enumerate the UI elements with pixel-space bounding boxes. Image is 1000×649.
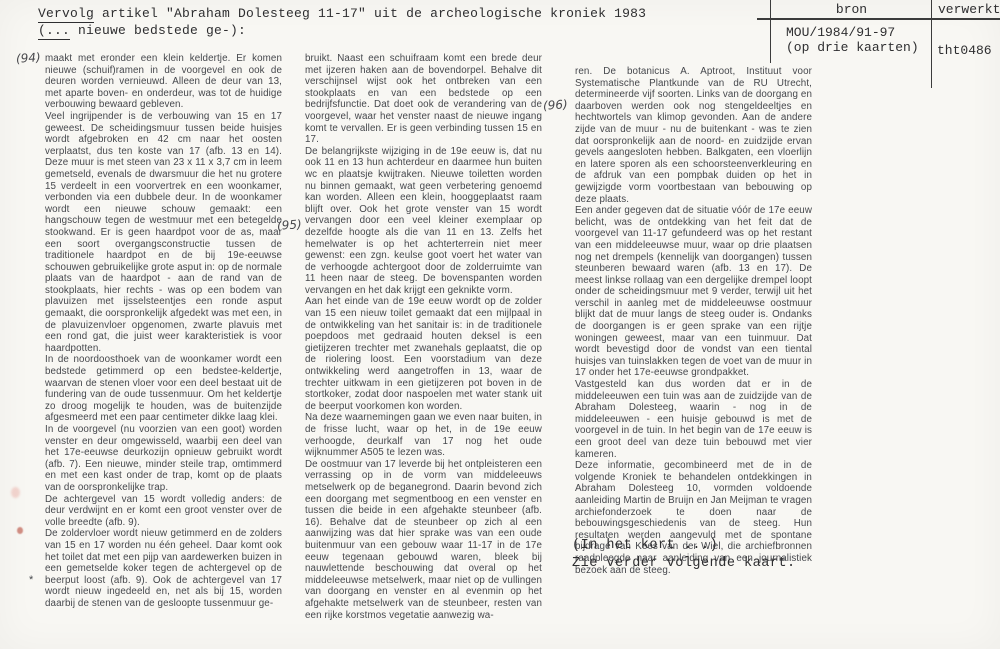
header-line-2: (... nieuwe bedstede ge-):: [38, 22, 646, 39]
scan-stain: [11, 487, 20, 498]
margin-note-96: (96): [543, 97, 569, 113]
header-line-1: Vervolg artikel "Abraham Dolesteeg 11-17…: [38, 5, 646, 22]
scanned-archive-card: Vervolg artikel "Abraham Dolesteeg 11-17…: [0, 0, 1000, 649]
header-underlined-word: Vervolg: [38, 6, 94, 23]
header-line-2-underlined: (...: [38, 23, 70, 40]
registration-table-header-rule: [757, 18, 1000, 20]
paragraph: Veel ingrijpender is de verbouwing van 1…: [45, 111, 282, 354]
paragraph: In de voorgevel (nu voorzien van een goo…: [45, 424, 282, 494]
paragraph: Aan het einde van de 19e eeuw wordt op d…: [305, 296, 542, 412]
text-column-1: maakt met eronder een klein keldertje. E…: [45, 53, 282, 610]
paragraph: De achtergevel van 15 wordt volledig and…: [45, 494, 282, 529]
registration-processed-value: tht0486: [937, 43, 992, 58]
paragraph: Vastgesteld kan dus worden dat er in de …: [575, 379, 812, 460]
scan-stain: [17, 527, 23, 534]
paragraph: De belangrijkste wijziging in de 19e eeu…: [305, 146, 542, 297]
registration-source-header: bron: [772, 2, 931, 17]
text-column-2: bruikt. Naast een schuifraam komt een br…: [305, 53, 542, 621]
paragraph: Na deze waarnemingen gaan we even naar b…: [305, 412, 542, 458]
registration-processed-header: verwerkt: [938, 2, 1000, 17]
paragraph: De zoldervloer wordt nieuw getimmerd en …: [45, 528, 282, 609]
paragraph: De oostmuur van 17 leverde bij het ontpl…: [305, 459, 542, 621]
footnote-asterisk-mark: *: [29, 574, 33, 586]
registration-source-value-line2: (op drie kaarten): [786, 40, 919, 55]
margin-note-94: (94): [16, 50, 42, 66]
closing-line-1: (In het kort ...): [572, 537, 796, 555]
registration-source-value-line1: MOU/1984/91-97: [786, 25, 895, 40]
text-column-3: ren. De botanicus A. Aptroot, Instituut …: [575, 66, 812, 576]
document-header: Vervolg artikel "Abraham Dolesteeg 11-17…: [38, 5, 646, 39]
paragraph: In de noordoosthoek van de woonkamer wor…: [45, 354, 282, 424]
header-line-1-rest: artikel "Abraham Dolesteeg 11-17" uit de…: [94, 6, 646, 21]
registration-table-middle-border: [931, 0, 932, 88]
paragraph: maakt met eronder een klein keldertje. E…: [45, 53, 282, 111]
paragraph: bruikt. Naast een schuifraam komt een br…: [305, 53, 542, 146]
paragraph: ren. De botanicus A. Aptroot, Instituut …: [575, 66, 812, 205]
paragraph: Een ander gegeven dat de situatie vóór d…: [575, 205, 812, 379]
closing-line-2: Zie verder volgende kaart.: [572, 555, 796, 573]
header-line-2-rest: nieuwe bedstede ge-):: [70, 23, 246, 38]
closing-note: (In het kort ...) Zie verder volgende ka…: [572, 537, 796, 573]
